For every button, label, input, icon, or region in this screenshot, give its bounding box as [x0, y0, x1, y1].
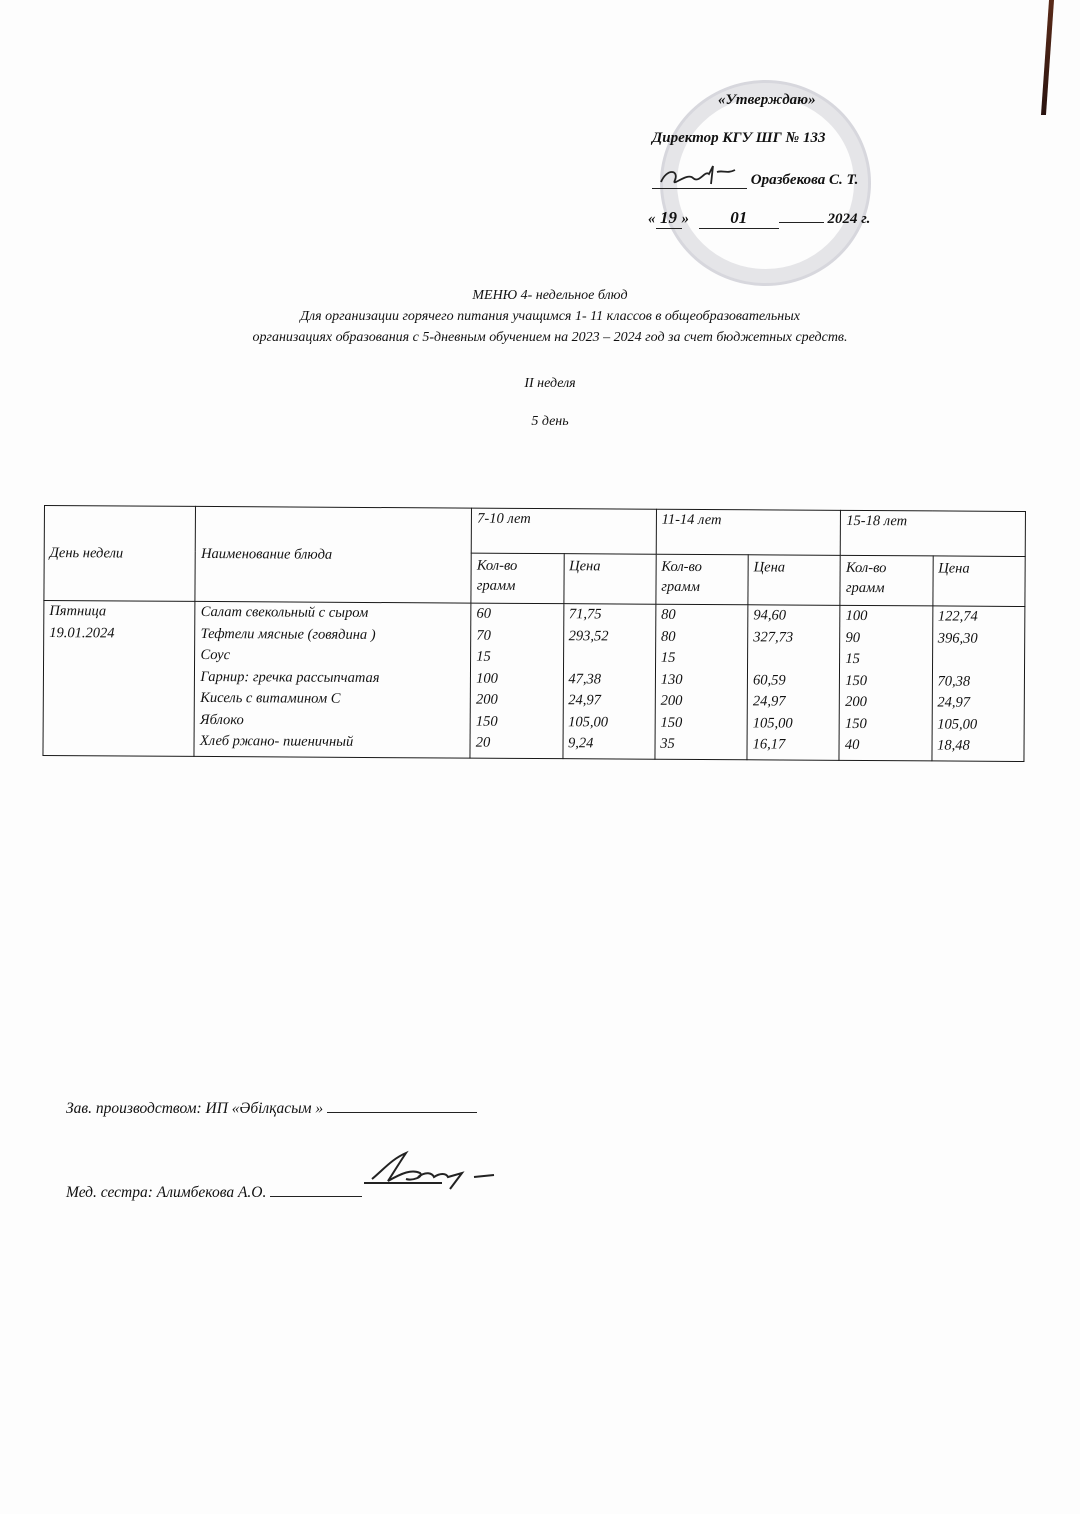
header-price: Цена: [563, 554, 656, 604]
price-value: 105,00: [753, 713, 834, 735]
day-cell: Пятница 19.01.2024: [43, 601, 195, 756]
day-date: 19.01.2024: [49, 623, 190, 645]
price-value: 24,97: [753, 691, 834, 713]
dish-name: Соус: [200, 645, 465, 668]
director-signature: [652, 170, 747, 189]
price-value: 70,38: [937, 671, 1019, 693]
header-qty: Кол-во грамм: [471, 553, 564, 603]
week-label: II неделя: [0, 373, 1080, 394]
qty-value: 200: [661, 691, 742, 713]
qty-value: 60: [476, 604, 557, 626]
qty-value: 40: [845, 735, 926, 757]
price-value: 16,17: [753, 734, 834, 756]
price-value: 396,30: [938, 628, 1020, 650]
qty-value: 200: [476, 690, 557, 712]
dish-name: Гарнир: гречка рассыпчатая: [200, 666, 465, 689]
qty-value: 150: [660, 712, 741, 734]
day-name: Пятница: [49, 601, 190, 623]
price-value: 24,97: [937, 692, 1019, 714]
nurse-label: Мед. сестра: Алимбекова А.О.: [66, 1184, 266, 1201]
signatures-footer: Зав. производством: ИП «Әбілқасым » Мед.…: [66, 1100, 522, 1194]
approval-signatory: Оразбекова С. Т.: [751, 172, 859, 188]
price-value: [569, 647, 650, 669]
price-value: 94,60: [753, 605, 834, 627]
qty-value: 15: [661, 648, 742, 670]
dish-column: Салат свекольный с сыромТефтели мясные (…: [194, 601, 471, 757]
price-value: 293,52: [569, 626, 650, 648]
production-head-signature-line: [327, 1112, 477, 1113]
price-value: 47,38: [568, 669, 649, 691]
qty-value: 150: [476, 711, 557, 733]
approval-block: «Утверждаю» Директор КГУ ШГ № 133 Оразбе…: [640, 80, 920, 290]
table-row: Пятница 19.01.2024 Салат свекольный с сы…: [43, 601, 1025, 761]
menu-titles: МЕНЮ 4- недельное блюд Для организации г…: [0, 285, 1080, 432]
approval-date: «19» 01 2024 г.: [648, 208, 870, 229]
approval-position: Директор КГУ ШГ № 133: [652, 130, 825, 147]
price-value: 105,00: [568, 712, 649, 734]
price-value: [938, 649, 1020, 671]
qty-15-18-column: 100901515020015040: [839, 605, 932, 760]
approval-signature-row: Оразбекова С. Т.: [652, 170, 858, 189]
menu-subtitle-1: Для организации горячего питания учащимс…: [0, 306, 1080, 327]
header-dish-name: Наименование блюда: [195, 506, 471, 603]
qty-value: 35: [660, 734, 741, 756]
header-day-of-week: День недели: [44, 506, 196, 602]
dish-name: Кисель с витамином С: [200, 688, 465, 711]
price-value: 18,48: [937, 735, 1019, 757]
qty-value: 15: [845, 649, 926, 671]
nurse-row: Мед. сестра: Алимбекова А.О.: [66, 1147, 522, 1194]
price-value: 9,24: [568, 733, 649, 755]
date-day: 19: [656, 208, 682, 229]
qty-value: 200: [845, 692, 926, 714]
menu-table: День недели Наименование блюда 7-10 лет …: [42, 505, 1026, 761]
qty-value: 80: [661, 626, 742, 648]
qty-7-10-column: 60701510020015020: [470, 603, 563, 758]
approval-heading: «Утверждаю»: [718, 92, 816, 109]
header-price: Цена: [933, 556, 1026, 606]
price-value: 327,73: [753, 627, 834, 649]
nurse-signature: [362, 1147, 522, 1202]
qty-value: 150: [845, 670, 926, 692]
qty-value: 100: [846, 606, 927, 628]
qty-11-14-column: 80801513020015035: [655, 604, 748, 759]
dish-name: Тефтели мясные (говядина ): [201, 623, 466, 646]
header-age-15-18: 15-18 лет: [841, 510, 1026, 557]
qty-value: 130: [661, 669, 742, 691]
day-label: 5 день: [0, 411, 1080, 432]
production-head-row: Зав. производством: ИП «Әбілқасым »: [66, 1100, 522, 1147]
qty-value: 15: [476, 647, 557, 669]
header-price: Цена: [748, 555, 841, 605]
header-age-11-14: 11-14 лет: [656, 509, 841, 556]
price-value: 24,97: [568, 690, 649, 712]
date-year: 2024 г.: [828, 211, 871, 227]
qty-value: 100: [476, 668, 557, 690]
price-value: 105,00: [937, 714, 1019, 736]
price-value: 71,75: [569, 604, 650, 626]
nurse-signature-line: [270, 1196, 362, 1197]
header-age-7-10: 7-10 лет: [471, 508, 656, 555]
dish-name: Хлеб ржано- пшеничный: [200, 731, 465, 754]
qty-value: 150: [845, 713, 926, 735]
menu-subtitle-2: организациях образования с 5-дневным обу…: [0, 327, 1080, 348]
date-month: 01: [699, 208, 779, 229]
header-qty: Кол-во грамм: [840, 556, 933, 606]
qty-value: 80: [661, 605, 742, 627]
header-qty: Кол-во грамм: [656, 555, 749, 605]
qty-value: 90: [845, 627, 926, 649]
qty-value: 20: [476, 733, 557, 755]
dish-name: Яблоко: [200, 709, 465, 732]
qty-value: 70: [476, 625, 557, 647]
price-11-14-column: 94,60327,7360,5924,97105,0016,17: [747, 605, 840, 760]
price-7-10-column: 71,75293,5247,3824,97105,009,24: [562, 604, 655, 759]
page-edge-mark: [1041, 0, 1054, 115]
price-value: 122,74: [938, 606, 1020, 628]
price-15-18-column: 122,74396,3070,3824,97105,0018,48: [932, 606, 1025, 761]
price-value: 60,59: [753, 670, 834, 692]
price-value: [753, 648, 834, 670]
production-head-label: Зав. производством: ИП «Әбілқасым »: [66, 1100, 323, 1117]
menu-title: МЕНЮ 4- недельное блюд: [0, 285, 1080, 306]
dish-name: Салат свекольный с сыром: [201, 602, 466, 625]
